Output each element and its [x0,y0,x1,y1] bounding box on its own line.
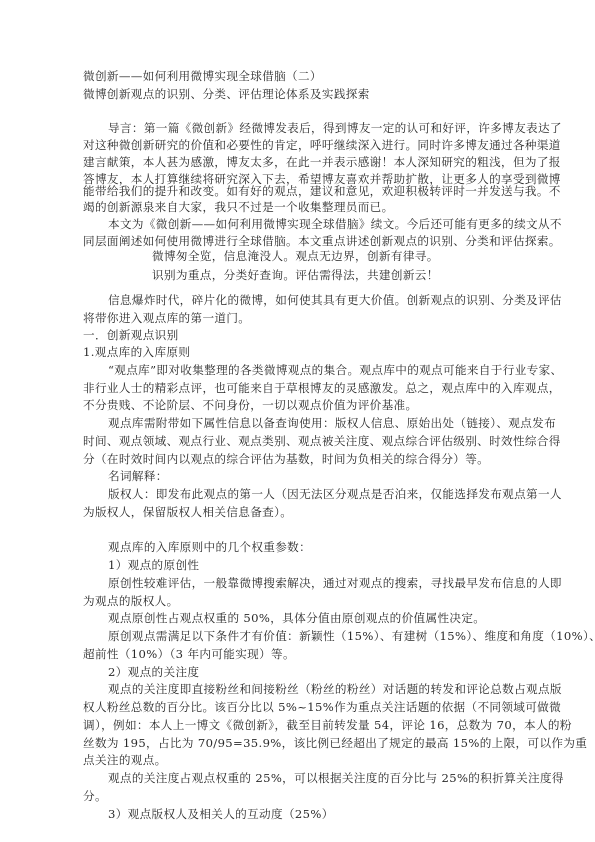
attributes-line: 时间、观点领域、观点行业、观点类别、观点被关注度、观点综合评估级别、时效性综合得 [83,433,513,449]
attention-line: 权人粉丝总数的百分比。该百分比以 5%~15%作为重点关注话题的依据（不同领域可… [83,699,513,715]
poem-line: 微博匆全览，信息淹没人。观点无边界，创新有律寻。 [152,248,582,264]
poem-line: 识别为重点，分类好查询。评估需得法，共建创新云！ [152,267,582,283]
sequel-line: 同层面阐述如何使用微博进行全球借脑。本文重点讲述创新观点的识别、分类和评估探索。 [83,233,513,249]
title-line-2: 微博创新观点的识别、分类、评估理论体系及实践探索 [83,86,513,102]
definition-line: 非行业人士的精彩点评，也可能来自于草根博友的灵感激发。总之，观点库中的入库观点， [83,380,513,396]
glossary-label: 名词解释： [108,468,513,484]
param-heading-originality: 1）观点的原创性 [108,557,513,573]
attention-line: 调），例如：本人上一博文《微创新》，截至目前转发量 54，评论 16，总数为 7… [83,717,513,733]
originality-line: 为观点的版权人。 [83,593,513,609]
definition-line: “观点库”即对收集整理的各类微博观点的集合。观点库中的观点可能来自于行业专家、 [108,362,513,378]
section-heading: 一．创新观点识别 [83,327,513,343]
definition-line: 不分贵贱、不论阶层、不问身份，一切以观点价值为评价基准。 [83,397,513,413]
lead-line: 信息爆炸时代，碎片化的微博，如何使其具有更大价值。创新观点的识别、分类及评估 [108,292,513,308]
glossary-line: 为版权人，保留版权人相关信息备查）。 [83,504,513,520]
document-page: 微创新——如何利用微博实现全球借脑（二） 微博创新观点的识别、分类、评估理论体系… [0,0,595,842]
attention-line: 点关注的观点。 [83,752,513,768]
originality-weight: 观点原创性占观点权重的 50%，具体分值由原创观点的价值属性决定。 [108,610,513,626]
title-line-1: 微创新——如何利用微博实现全球借脑（二） [83,68,513,84]
param-heading-attention: 2）观点的关注度 [108,664,513,680]
subsection-heading: 1.观点库的入库原则 [83,344,513,360]
param-heading-interaction: 3）观点版权人及相关人的互动度（25%） [108,806,513,822]
originality-line: 原创性较难评估，一般靠微博搜索解决，通过对观点的搜索，寻找最早发布信息的人即 [108,575,513,591]
originality-conditions: 超前性（10%）（3 年内可能实现）等。 [83,646,513,662]
attention-weight: 分。 [83,788,513,804]
attributes-line: 分（在时效时间内以观点的综合评估为基数，时间为负相关的综合得分）等。 [83,451,513,467]
weights-intro: 观点库的入库原则中的几个权重参数： [108,539,513,555]
intro-line: 导言：第一篇《微创新》经微博发表后，得到博友一定的认可和好评，许多博友表达了 [108,120,513,136]
intro-line: 对这种微创新研究的价值和必要性的肯定，呼吁继续深入进行。同时许多博友通过各种渠道 [83,137,513,153]
intro-line: 竭的创新源泉来自大家，我只不过是一个收集整理员而已。 [83,199,513,215]
sequel-line: 本文为《微创新——如何利用微博实现全球借脑》续文。今后还可能有更多的续文从不 [108,216,513,232]
attention-weight: 观点的关注度占观点权重的 25%，可以根据关注度的百分比与 25%的积折算关注度… [108,770,513,786]
attributes-line: 观点库需附带如下属性信息以备查询使用：版权人信息、原始出处（链接）、观点发布 [108,415,513,431]
originality-conditions: 原创观点需满足以下条件才有价值：新颖性（15%）、有建树（15%）、维度和角度（… [108,628,513,644]
attention-line: 丝数为 195，占比为 70/95=35.9%，该比例已经超出了规定的最高 15… [83,735,513,751]
attention-line: 观点的关注度即直接粉丝和间接粉丝（粉丝的粉丝）对话题的转发和评论总数占观点版 [108,681,513,697]
intro-line: 建言献策，本人甚为感激，博友太多，在此一并表示感谢！本人深知研究的粗浅，但为了报 [83,154,513,170]
glossary-line: 版权人：即发布此观点的第一人（因无法区分观点是否泊来，仅能选择发布观点第一人 [108,486,513,502]
intro-line: 能带给我们的提升和改变。如有好的观点，建议和意见，欢迎积极转评时一并发送与我。不 [83,183,513,199]
lead-line: 将带你进入观点库的第一道门。 [83,310,513,326]
